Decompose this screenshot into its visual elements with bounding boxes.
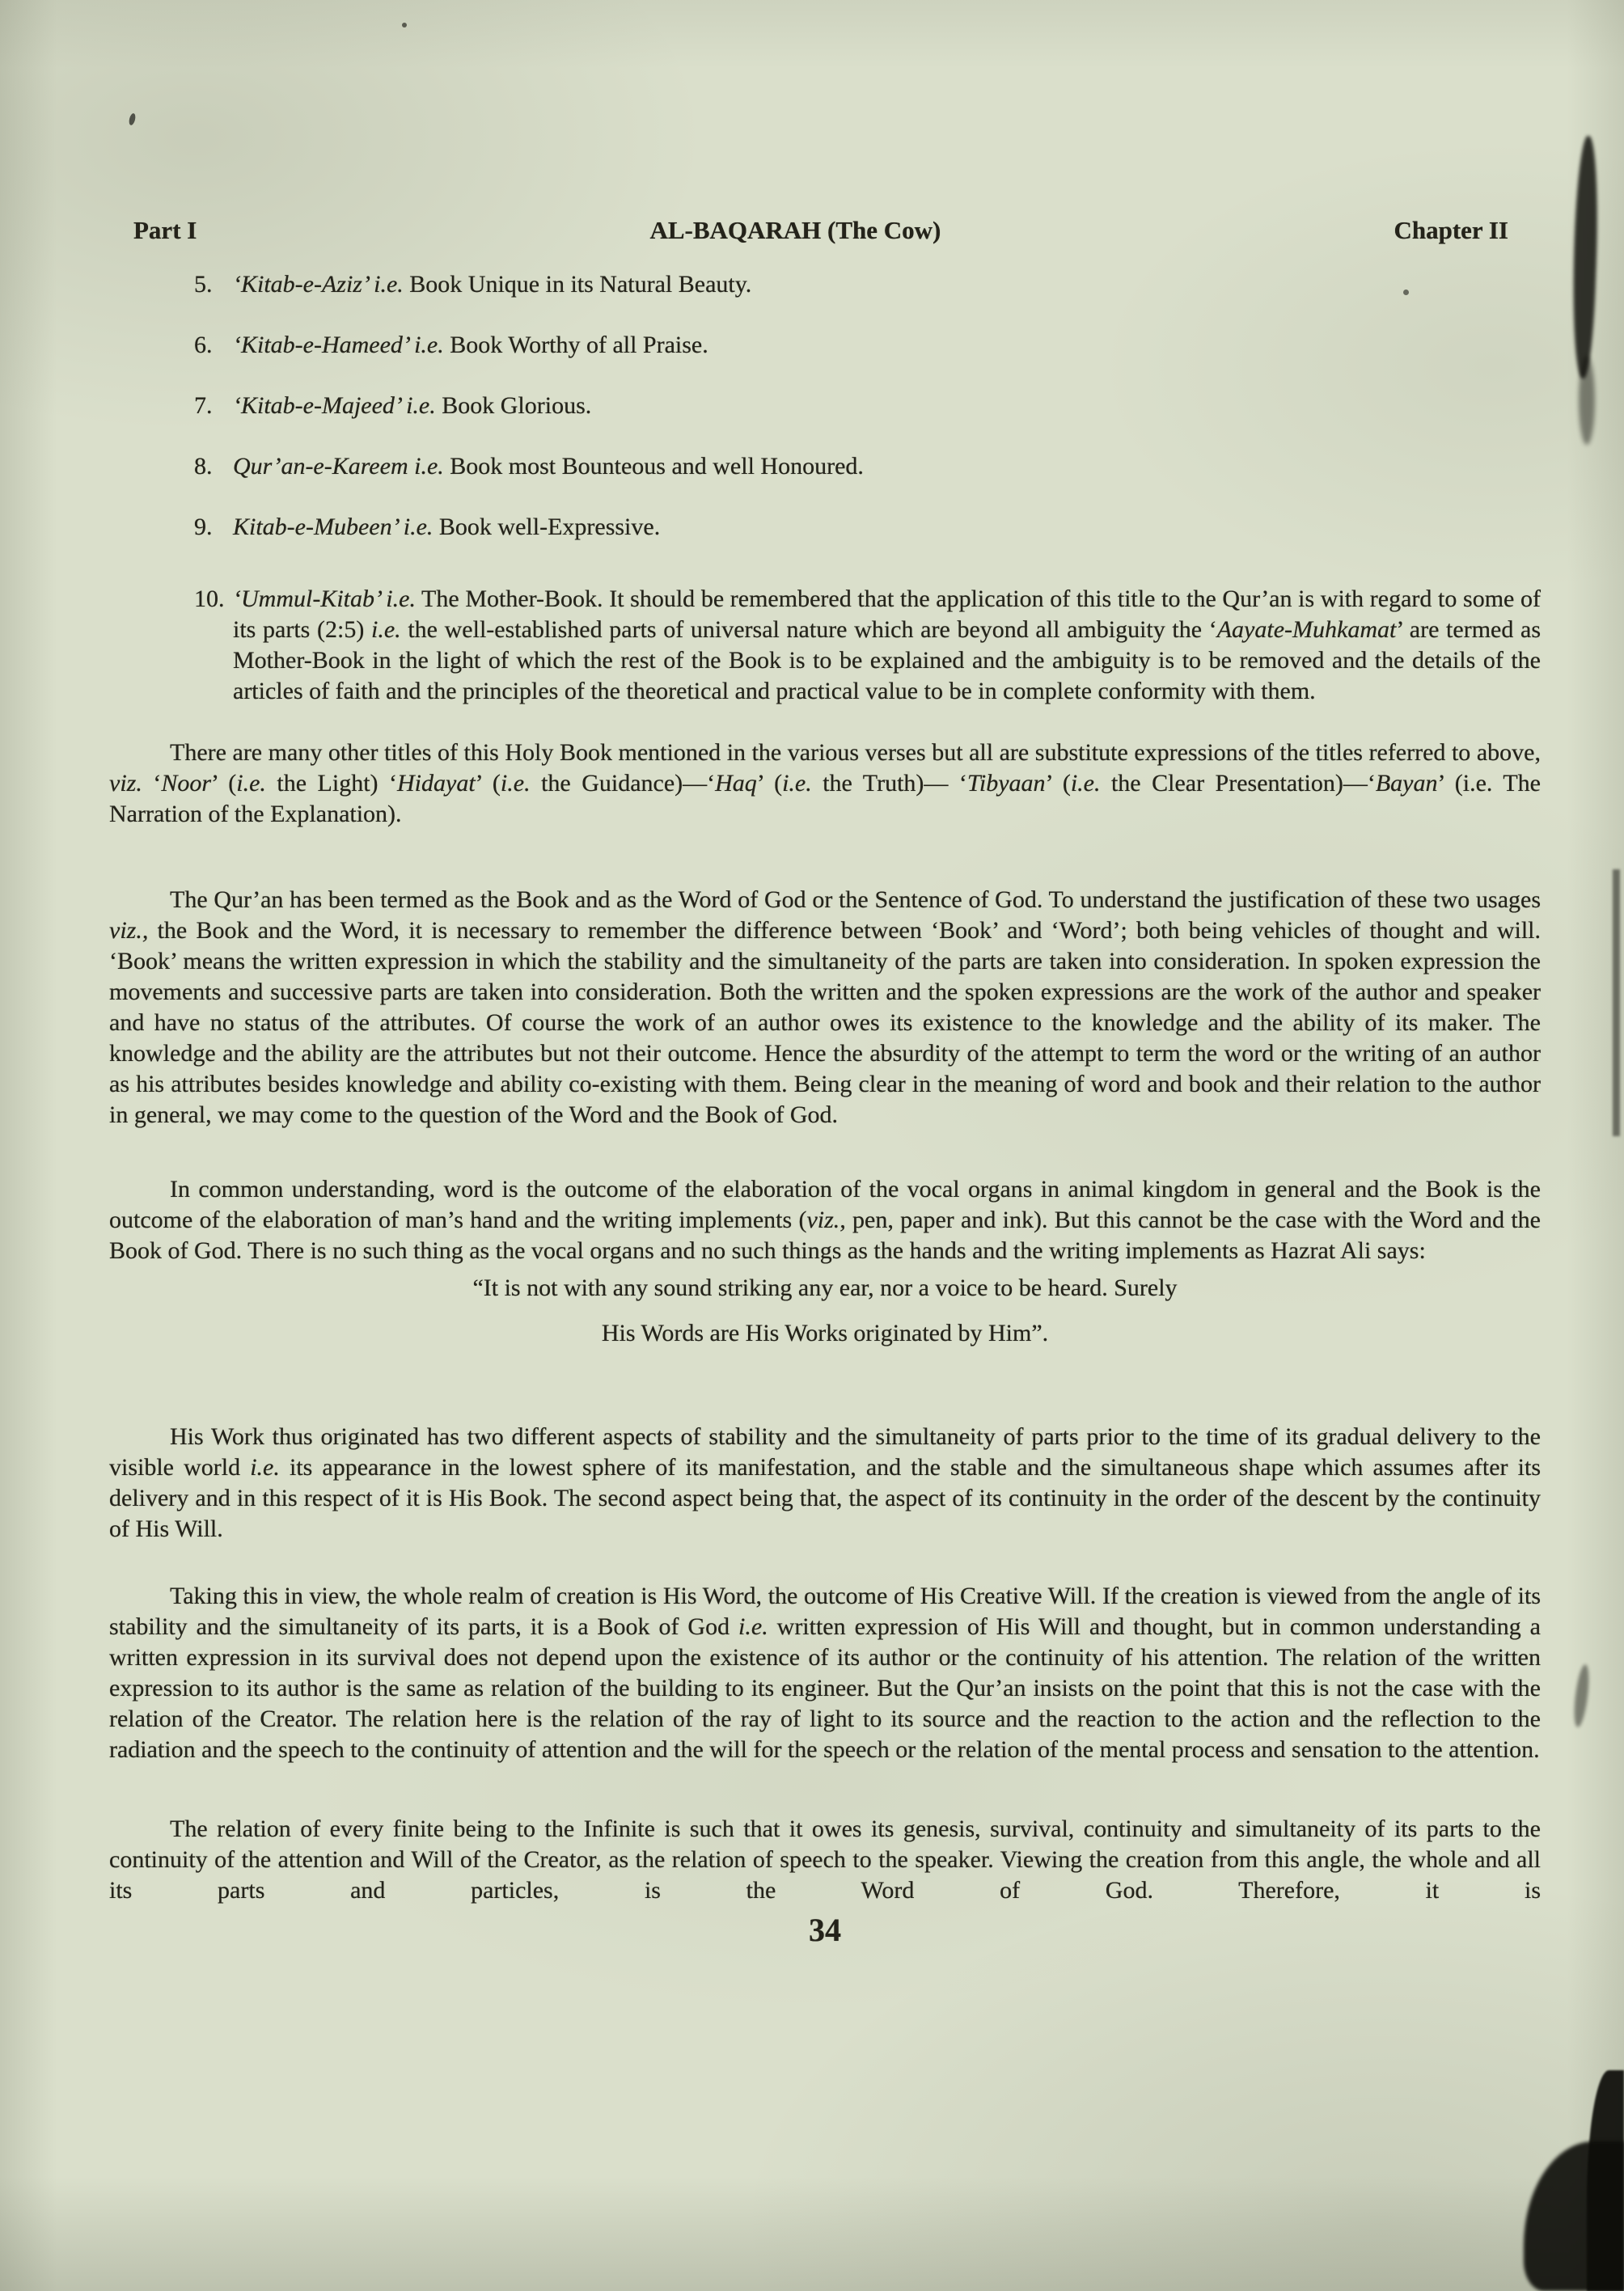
header-part-label: Part I [133,215,197,246]
list-item-text: Qur’an-e-Kareem i.e. Book most Bounteous… [233,451,1541,482]
list-item-number: 8. [194,451,233,482]
header-chapter-label: Chapter II [1394,215,1508,246]
list-item-number: 9. [194,512,233,543]
quran-titles-list: 5. ‘Kitab-e-Aziz’ i.e. Book Unique in it… [194,269,1541,707]
list-item: 8. Qur’an-e-Kareem i.e. Book most Bounte… [194,451,1541,482]
paragraph-common-understanding: In common understanding, word is the out… [109,1174,1541,1266]
list-item-text: ‘Kitab-e-Majeed’ i.e. Book Glorious. [233,391,1541,421]
scan-ink-mark [1571,1663,1591,1727]
paragraph-his-work: His Work thus originated has two differe… [109,1422,1541,1545]
paragraph-taking-this: Taking this in view, the whole realm of … [109,1581,1541,1765]
list-item-number: 10. [194,584,233,707]
list-item: 9. Kitab-e-Mubeen’ i.e. Book well-Expres… [194,512,1541,543]
list-item: 7. ‘Kitab-e-Majeed’ i.e. Book Glorious. [194,391,1541,421]
scan-edge-line [1613,869,1620,1136]
hazrat-ali-quote: “It is not with any sound striking any e… [109,1273,1541,1349]
page-number: 34 [109,1911,1541,1950]
page-title: AL-BAQARAH (The Cow) [197,215,1394,246]
list-item: 10. ‘Ummul-Kitab’ i.e. The Mother-Book. … [194,584,1541,707]
book-page: Part I AL-BAQARAH (The Cow) Chapter II 5… [0,0,1624,2291]
scan-ink-blob [1524,2141,1624,2291]
list-item-number: 7. [194,391,233,421]
list-item: 6. ‘Kitab-e-Hameed’ i.e. Book Worthy of … [194,330,1541,361]
list-item-number: 6. [194,330,233,361]
scan-ink-smudge [1570,136,1601,379]
list-item-text: Kitab-e-Mubeen’ i.e. Book well-Expressiv… [233,512,1541,543]
paragraph-book-and-word: The Qur’an has been termed as the Book a… [109,885,1541,1131]
paragraph-other-titles: There are many other titles of this Holy… [109,738,1541,830]
scan-speck [402,23,407,27]
paragraph-finite-infinite: The relation of every finite being to th… [109,1814,1541,1906]
page-content: Part I AL-BAQARAH (The Cow) Chapter II 5… [109,0,1541,1950]
scan-ink-smudge [1579,356,1595,445]
scan-speck [1403,290,1409,295]
page-header: Part I AL-BAQARAH (The Cow) Chapter II [109,215,1541,246]
list-item-text: ‘Kitab-e-Aziz’ i.e. Book Unique in its N… [233,269,1541,300]
list-item-text: ‘Kitab-e-Hameed’ i.e. Book Worthy of all… [233,330,1541,361]
list-item-number: 5. [194,269,233,300]
list-item: 5. ‘Kitab-e-Aziz’ i.e. Book Unique in it… [194,269,1541,300]
quote-line-1: “It is not with any sound striking any e… [109,1273,1541,1304]
list-item-text: ‘Ummul-Kitab’ i.e. The Mother-Book. It s… [233,584,1541,707]
quote-line-2: His Words are His Works originated by Hi… [109,1318,1541,1349]
